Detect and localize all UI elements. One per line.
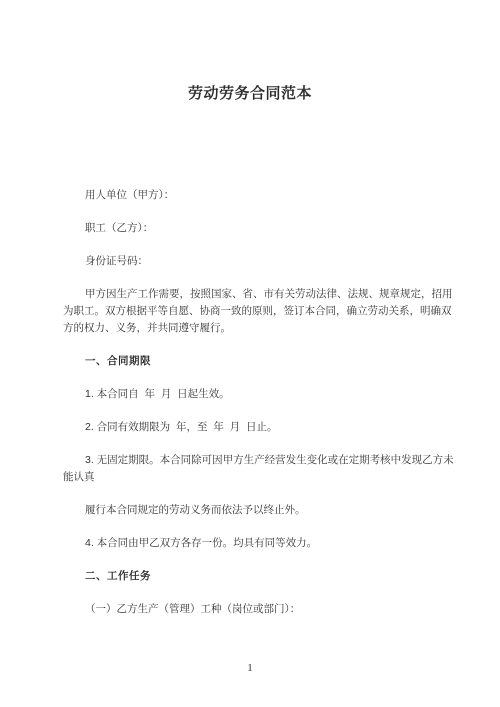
- party-b-label: 职工（乙方）：: [63, 220, 454, 237]
- party-a-label: 用人单位（甲方）：: [63, 187, 454, 204]
- contract-item-3-continuation-text: 履行本合同规定的劳动义务而依法予以终止外。: [63, 502, 454, 519]
- section-2-heading-line: 二、工作任务: [63, 568, 454, 585]
- intro-line-3: 方的权力、义务，并共同遵守履行。: [63, 320, 454, 337]
- intro-paragraph: 甲方因生产工作需要，按照国家、省、市有关劳动法律、法规、规章规定，招用 为职工。…: [63, 286, 454, 337]
- section-1-heading: 一、合同期限: [63, 353, 454, 370]
- contract-item-3-line-1: 3. 无固定期限。本合同除可因甲方生产经营发生变化或在定期考核中发现乙方未: [63, 452, 454, 469]
- intro-line-1: 甲方因生产工作需要，按照国家、省、市有关劳动法律、法规、规章规定，招用: [63, 286, 454, 303]
- section-2-item-1: （一）乙方生产（管理）工种（岗位或部门）：: [63, 601, 454, 618]
- document-body: 用人单位（甲方）： 职工（乙方）： 身份证号码： 甲方因生产工作需要，按照国家、…: [0, 187, 500, 618]
- document-page: 劳动劳务合同范本 用人单位（甲方）： 职工（乙方）： 身份证号码： 甲方因生产工…: [0, 0, 500, 707]
- section-1-heading-line: 一、合同期限: [63, 353, 454, 370]
- section-2-item-1-text: （一）乙方生产（管理）工种（岗位或部门）：: [63, 601, 454, 618]
- contract-item-2: 2. 合同有效期限为 年，至 年 月 日止。: [63, 419, 454, 436]
- page-number: 1: [0, 662, 500, 674]
- document-title: 劳动劳务合同范本: [0, 0, 500, 103]
- contract-item-1: 1. 本合同自 年 月 日起生效。: [63, 386, 454, 403]
- contract-item-4: 4. 本合同由甲乙双方各存一份。均具有同等效力。: [63, 535, 454, 552]
- contract-item-2-text: 2. 合同有效期限为 年，至 年 月 日止。: [63, 419, 454, 436]
- party-a-line: 用人单位（甲方）：: [63, 187, 454, 204]
- contract-item-3-continuation: 履行本合同规定的劳动义务而依法予以终止外。: [63, 502, 454, 519]
- contract-item-1-text: 1. 本合同自 年 月 日起生效。: [63, 386, 454, 403]
- section-2-heading: 二、工作任务: [63, 568, 454, 585]
- id-number-line: 身份证号码：: [63, 253, 454, 270]
- party-b-line: 职工（乙方）：: [63, 220, 454, 237]
- id-number-label: 身份证号码：: [63, 253, 454, 270]
- intro-line-2: 为职工。双方根据平等自愿、协商一致的原则，签订本合同，确立劳动关系，明确双: [63, 303, 454, 320]
- contract-item-3: 3. 无固定期限。本合同除可因甲方生产经营发生变化或在定期考核中发现乙方未 能认…: [63, 452, 454, 486]
- contract-item-3-line-2: 能认真: [63, 469, 454, 486]
- contract-item-4-text: 4. 本合同由甲乙双方各存一份。均具有同等效力。: [63, 535, 454, 552]
